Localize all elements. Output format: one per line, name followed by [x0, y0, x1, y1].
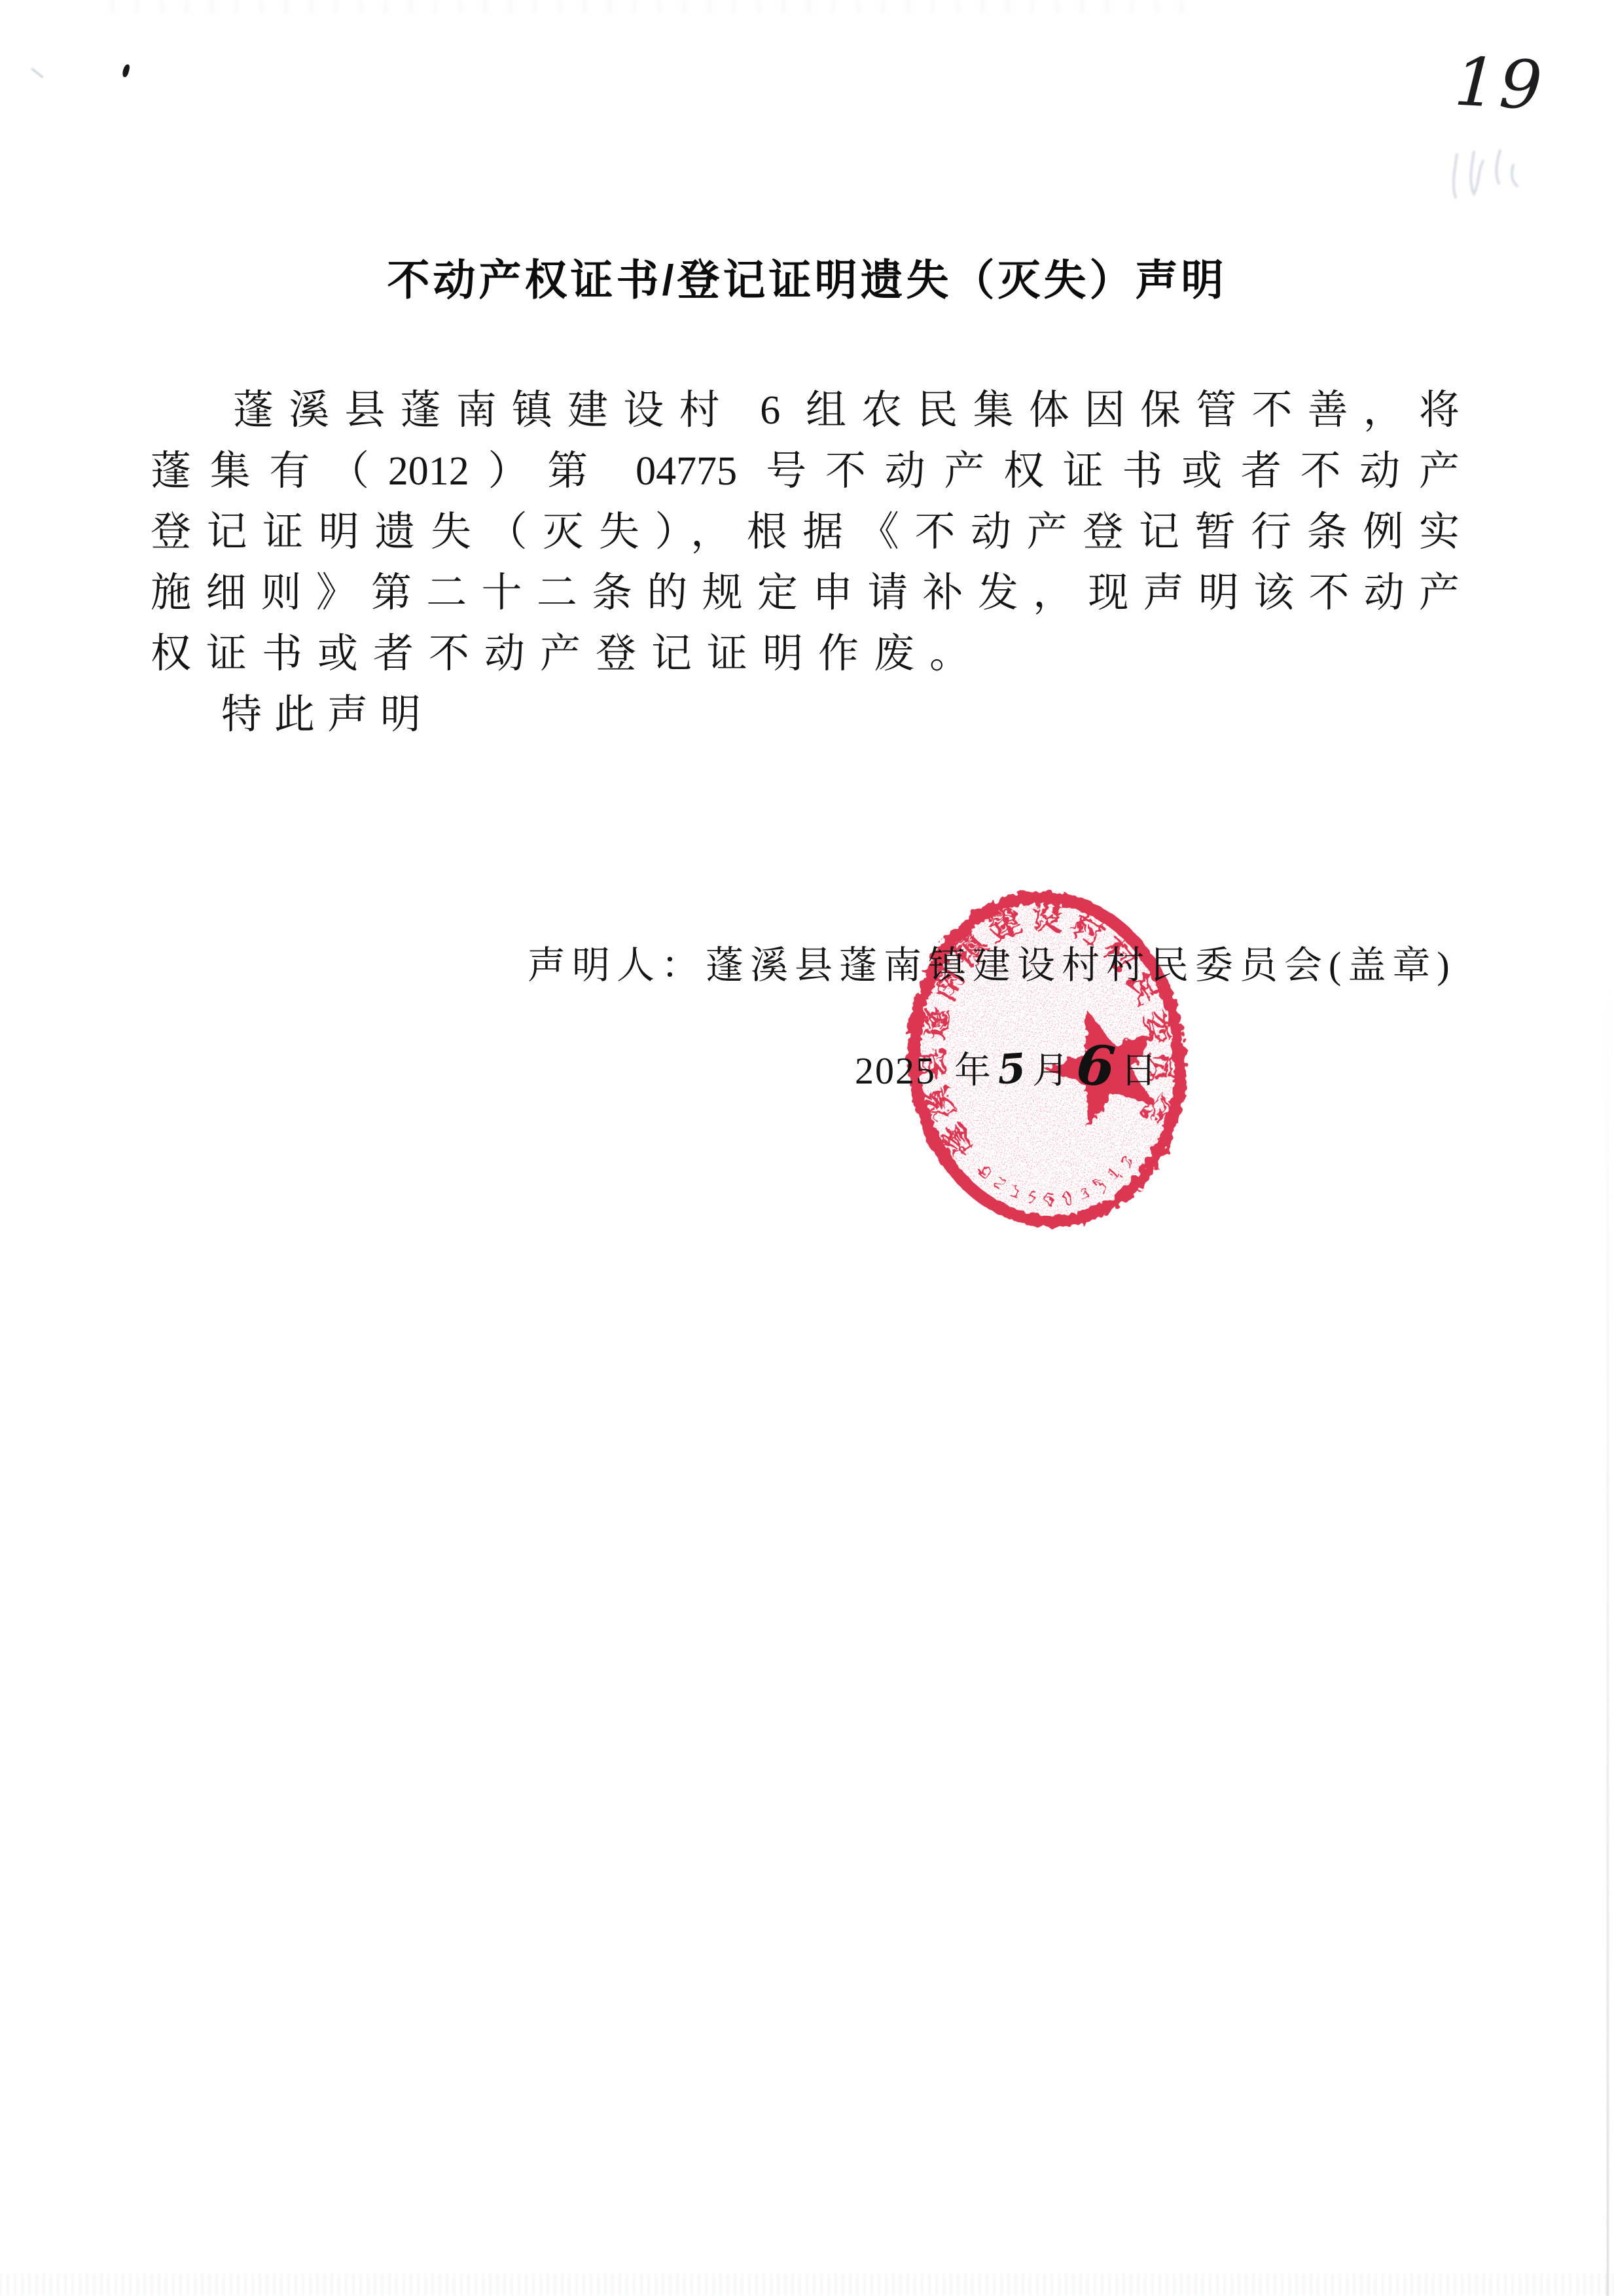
faint-scratch-mark — [31, 68, 43, 79]
pencil-smudge — [1445, 145, 1530, 204]
handwritten-day: 6 — [1075, 1037, 1118, 1095]
scan-edge-shadow — [1607, 982, 1609, 2296]
closing-statement: 特此声明 — [221, 685, 1530, 746]
date-year: 2025 — [855, 1050, 936, 1092]
declaration-body: 蓬溪县蓬南镇建设村 6 组农民集体因保管不善，将 蓬集有（2012）第 0477… — [151, 380, 1460, 746]
handwritten-month: 5 — [996, 1048, 1027, 1091]
body-line: 权证书或者不动产登记证明作废。 — [151, 624, 1460, 685]
document-title: 不动产权证书/登记证明遗失（灭失）声明 — [0, 257, 1614, 304]
body-line: 蓬溪县蓬南镇建设村 6 组农民集体因保管不善，将 — [151, 380, 1460, 441]
scanned-declaration-page: 19 不动产权证书/登记证明遗失（灭失）声明 蓬溪县蓬南镇建设村 6 组农民集体… — [0, 0, 1614, 2296]
body-line: 施细则》第二十二条的规定申请补发，现声明该不动产 — [151, 563, 1460, 624]
scan-noise-bottom — [0, 2274, 1614, 2296]
declarant-line: 声明人：蓬溪县蓬南镇建设村村民委员会(盖章) — [528, 945, 1456, 986]
date-year-unit: 年 — [954, 1050, 991, 1092]
ink-speck — [122, 64, 131, 78]
date-day-unit: 日 — [1121, 1050, 1157, 1092]
scan-noise-top — [111, 0, 1191, 13]
date-line: 2025 年 5 月 6 日 — [855, 1042, 1161, 1092]
body-line: 蓬集有（2012）第 04775 号不动产权证书或者不动产 — [151, 441, 1460, 502]
date-month-unit: 月 — [1032, 1050, 1069, 1092]
body-line: 登记证明遗失（灭失），根据《不动产登记暂行条例实 — [151, 502, 1460, 563]
handwritten-page-number: 19 — [1452, 48, 1546, 120]
